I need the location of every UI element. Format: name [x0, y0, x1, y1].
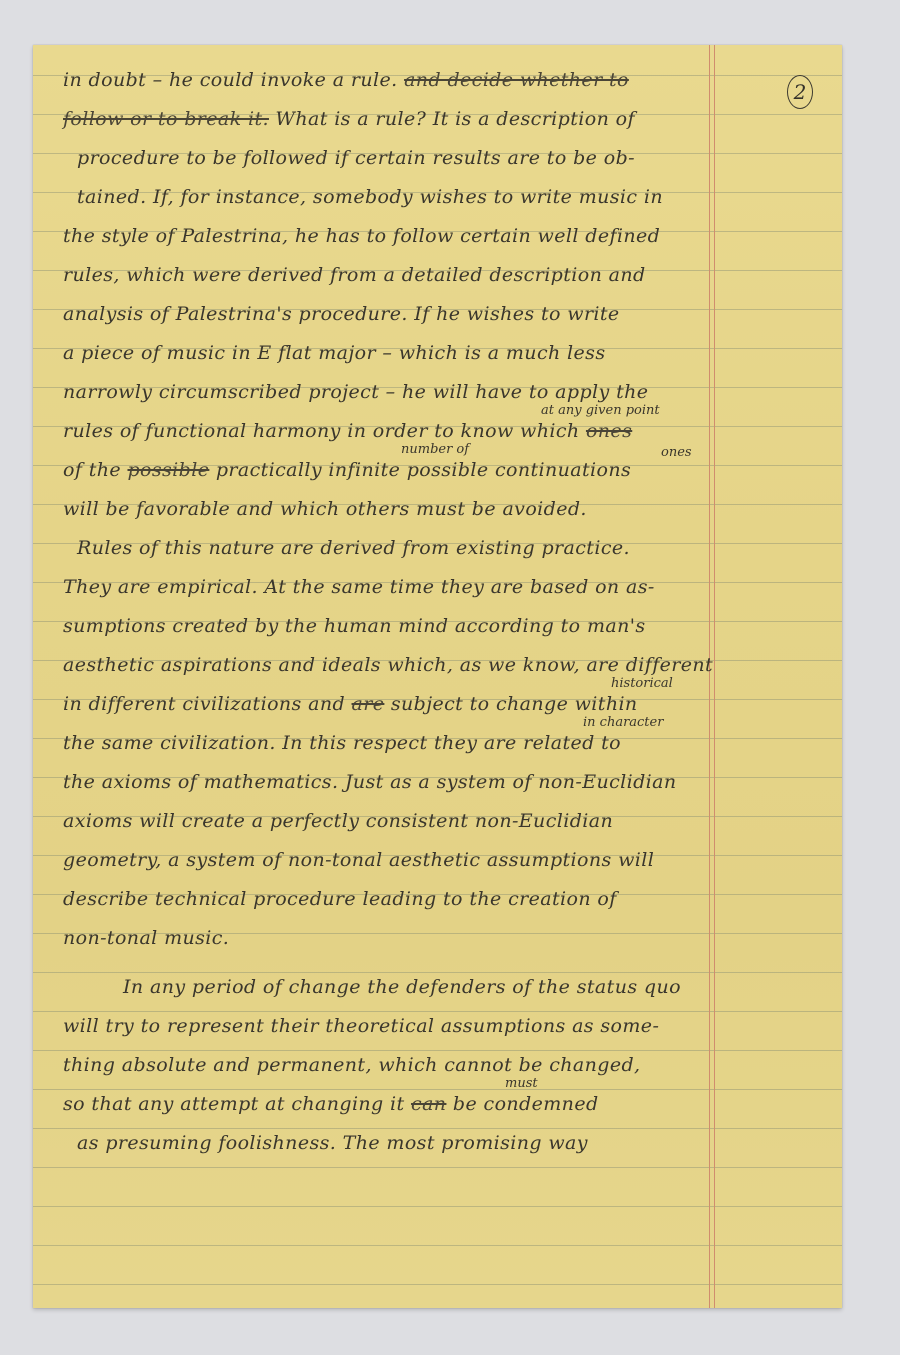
- insertion-text: number of: [401, 442, 469, 457]
- line-text: rules of functional harmony in order to …: [63, 420, 580, 442]
- insertion-text: in character: [583, 715, 663, 730]
- line-text: in different civilizations and: [63, 693, 345, 715]
- line-text: be condemned: [453, 1093, 599, 1115]
- text-line: tained. If, for instance, somebody wishe…: [77, 186, 663, 216]
- text-line: the style of Palestrina, he has to follo…: [63, 225, 660, 255]
- struck-text: follow or to break it.: [63, 108, 269, 130]
- text-line: a piece of music in E flat major – which…: [63, 342, 605, 372]
- struck-text: can: [411, 1093, 446, 1115]
- line-text: What is a rule? It is a description of: [275, 108, 635, 130]
- text-line: in different civilizations and are subje…: [63, 693, 638, 723]
- text-line: describe technical procedure leading to …: [63, 888, 617, 918]
- text-line: the same civilization. In this respect t…: [63, 732, 621, 762]
- manuscript-page: 2 in doubt – he could invoke a rule. and…: [33, 45, 842, 1308]
- text-line: sumptions created by the human mind acco…: [63, 615, 646, 645]
- insertion-text: at any given point: [541, 403, 660, 418]
- text-line: Rules of this nature are derived from ex…: [77, 537, 630, 567]
- text-line: will be favorable and which others must …: [63, 498, 587, 528]
- margin-rule-right: [714, 45, 715, 1308]
- text-line: axioms will create a perfectly consisten…: [63, 810, 613, 840]
- text-line: non-tonal music.: [63, 927, 229, 957]
- line-text: in doubt – he could invoke a rule.: [63, 69, 398, 91]
- line-text: so that any attempt at changing it: [63, 1093, 405, 1115]
- text-line: follow or to break it. What is a rule? I…: [63, 108, 635, 138]
- text-line: the axioms of mathematics. Just as a sys…: [63, 771, 677, 801]
- text-line: They are empirical. At the same time the…: [63, 576, 655, 606]
- text-line: of the possible practically infinite pos…: [63, 459, 631, 489]
- text-line: rules, which were derived from a detaile…: [63, 264, 646, 294]
- struck-text: and decide whether to: [404, 69, 629, 91]
- struck-text: are: [352, 693, 385, 715]
- text-line: geometry, a system of non-tonal aestheti…: [63, 849, 654, 879]
- text-line: thing absolute and permanent, which cann…: [63, 1054, 640, 1084]
- text-line: procedure to be followed if certain resu…: [77, 147, 635, 177]
- text-line: analysis of Palestrina's procedure. If h…: [63, 303, 620, 333]
- insertion-text: ones: [661, 445, 692, 460]
- insertion-text: must: [505, 1076, 538, 1091]
- text-line: in doubt – he could invoke a rule. and d…: [63, 69, 629, 99]
- text-line: rules of functional harmony in order to …: [63, 420, 632, 450]
- text-line: In any period of change the defenders of…: [123, 976, 681, 1006]
- struck-text: possible: [127, 459, 209, 481]
- page-number: 2: [787, 75, 813, 109]
- text-line: will try to represent their theoretical …: [63, 1015, 659, 1045]
- insertion-text: historical: [611, 676, 673, 691]
- line-text: subject to change within: [391, 693, 638, 715]
- text-line: so that any attempt at changing it can b…: [63, 1093, 599, 1123]
- text-line: as presuming foolishness. The most promi…: [77, 1132, 588, 1162]
- line-text: practically infinite possible continuati…: [216, 459, 631, 481]
- struck-text: ones: [586, 420, 632, 442]
- line-text: of the: [63, 459, 121, 481]
